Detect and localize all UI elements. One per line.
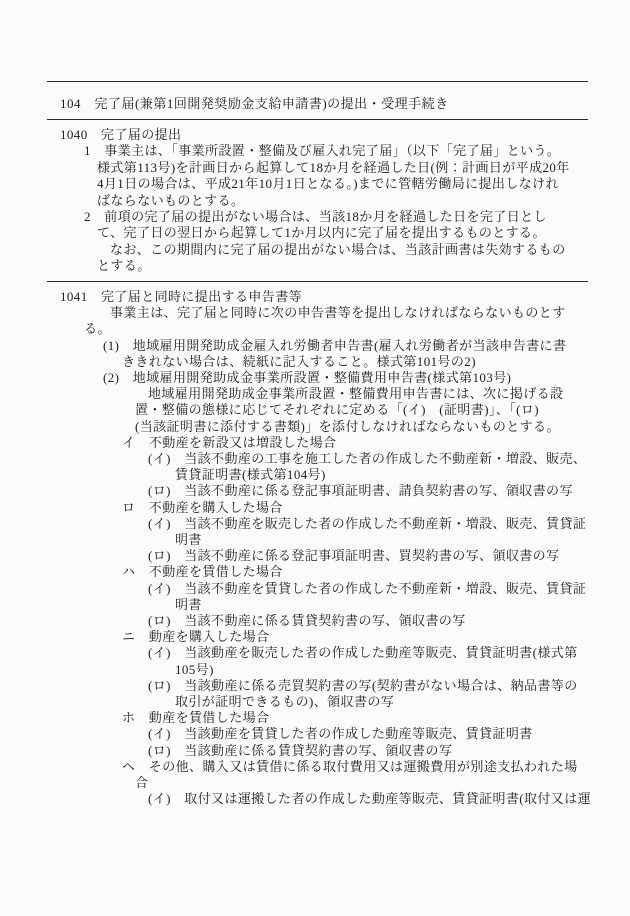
text-line: (イ) 取付又は運搬した者の作成した動産等販売、賃貸証明書(取付又は運 <box>0 791 630 807</box>
page-section-header: 104 完了届(兼第1回開発奨励金支給申請書)の提出・受理手続き <box>60 93 449 112</box>
text-line: 取引が証明できるもの)、領収書の写 <box>0 694 630 710</box>
text-line: (ロ) 当該動産に係る売買契約書の写(契約書がない場合は、納品書等の <box>0 678 630 694</box>
text-line: とする。 <box>0 258 630 274</box>
section-1041-heading: 1041 完了届と同時に提出する申告書等 <box>0 289 630 305</box>
text-line: ハ 不動産を賃借した場合 <box>0 564 630 580</box>
text-line: ヘ その他、購入又は賃借に係る取付費用又は運搬費用が別途支払われた場 <box>0 759 630 775</box>
section-1041: 1041 完了届と同時に提出する申告書等 事業主は、完了届と同時に次の申告書等を… <box>0 289 630 808</box>
text-line: ききれない場合は、続紙に記入すること。様式第101号の2) <box>0 354 630 370</box>
text-line: イ 不動産を新設又は増設した場合 <box>0 435 630 451</box>
text-line: 1 事業主は、「事業所設置・整備及び雇入れ完了届」（以下「完了届」という。 <box>0 143 630 159</box>
text-line: 2 前項の完了届の提出がない場合は、当該18か月を経過した日を完了日とし <box>0 209 630 225</box>
text-line: る。 <box>0 321 630 337</box>
text-line: 事業主は、完了届と同時に次の申告書等を提出しなければならないものとす <box>0 305 630 321</box>
text-line: 様式第113号)を計画日から起算して18か月を経過した日(例：計画日が平成20年 <box>0 160 630 176</box>
text-line: (ロ) 当該動産に係る賃貸契約書の写、領収書の写 <box>0 743 630 759</box>
section-1040: 1040 完了届の提出 1 事業主は、「事業所設置・整備及び雇入れ完了届」（以下… <box>0 127 630 275</box>
text-line: (イ) 当該動産を販売した者の作成した動産等販売、賃貸証明書(様式第 <box>0 645 630 661</box>
text-line: ばならないものとする。 <box>0 193 630 209</box>
document-page: 104 完了届(兼第1回開発奨励金支給申請書)の提出・受理手続き 1040 完了… <box>0 0 630 916</box>
text-line: 置・整備の態様に応じてそれぞれに定める「(イ) (証明書)」、「(ロ) <box>0 402 630 418</box>
text-line: (イ) 当該不動産を販売した者の作成した不動産新・増設、販売、賃貸証 <box>0 516 630 532</box>
text-line: 明書 <box>0 532 630 548</box>
text-line: ロ 不動産を購入した場合 <box>0 500 630 516</box>
text-line: 地域雇用開発助成金事業所設置・整備費用申告書には、次に掲げる設 <box>0 386 630 402</box>
text-line: 105号) <box>0 662 630 678</box>
text-line: (1) 地域雇用開発助成金雇入れ労働者申告書(雇入れ労働者が当該申告書に書 <box>0 338 630 354</box>
text-line: (2) 地域雇用開発助成金事業所設置・整備費用申告書(様式第103号) <box>0 370 630 386</box>
section-divider-rule <box>47 281 588 282</box>
top-rule <box>47 81 588 82</box>
section-1040-heading: 1040 完了届の提出 <box>0 127 630 143</box>
text-line: (イ) 当該不動産の工事を施工した者の作成した不動産新・増設、販売、 <box>0 451 630 467</box>
text-line: (当該証明書に添付する書類)」を添付しなければならないものとする。 <box>0 419 630 435</box>
text-line: 賃貸証明書(様式第104号) <box>0 467 630 483</box>
text-line: 合 <box>0 775 630 791</box>
text-line: て、完了日の翌日から起算して1か月以内に完了届を提出するものとする。 <box>0 225 630 241</box>
text-line: ホ 動産を賃借した場合 <box>0 710 630 726</box>
header-rule <box>47 119 588 120</box>
text-line: (イ) 当該動産を賃貸した者の作成した動産等販売、賃貸証明書 <box>0 726 630 742</box>
text-line: 4月1日の場合は、平成21年10月1日となる。)までに管轄労働局に提出しなけれ <box>0 176 630 192</box>
text-line: (ロ) 当該不動産に係る登記事項証明書、買契約書の写、領収書の写 <box>0 548 630 564</box>
text-line: (イ) 当該不動産を賃貸した者の作成した不動産新・増設、販売、賃貸証 <box>0 581 630 597</box>
text-line: ニ 動産を購入した場合 <box>0 629 630 645</box>
text-line: (ロ) 当該不動産に係る登記事項証明書、請負契約書の写、領収書の写 <box>0 483 630 499</box>
text-line: 明書 <box>0 597 630 613</box>
text-line: (ロ) 当該不動産に係る賃貸契約書の写、領収書の写 <box>0 613 630 629</box>
text-line: なお、この期間内に完了届の提出がない場合は、当該計画書は失効するもの <box>0 242 630 258</box>
